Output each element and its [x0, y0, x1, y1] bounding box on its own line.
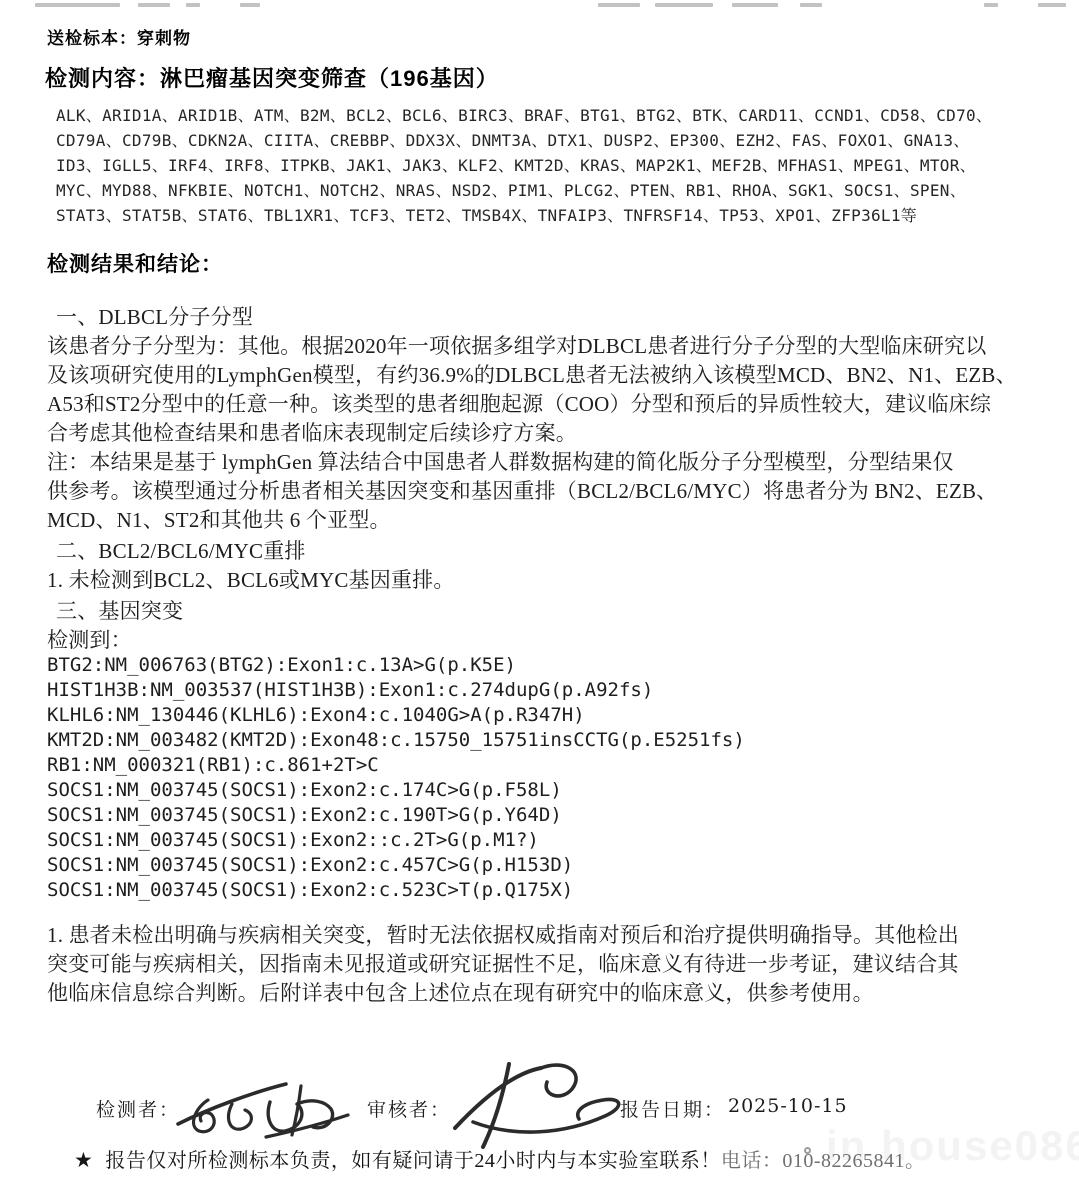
tester-signature — [172, 1074, 357, 1146]
mutation-line: SOCS1:NM_003745(SOCS1):Exon2:c.457C>G(p.… — [47, 853, 745, 878]
mutation-line: HIST1H3B:NM_003537(HIST1H3B):Exon1:c.274… — [47, 678, 745, 703]
footer-disclaimer: ★报告仅对所检测标本负责，如有疑问请于24小时内与本实验室联系！电话：010-8… — [74, 1144, 926, 1173]
section-mutation-heading: 三、基因突变 — [56, 597, 1051, 626]
tester-label: 检测者： — [96, 1095, 180, 1122]
section-dlbcl-note: 注：本结果是基于 lymphGen 算法结合中国患者人群数据构建的简化版分子分型… — [47, 448, 1042, 535]
footer-disclaimer-text: 报告仅对所检测标本负责，如有疑问请于24小时内与本实验室联系！ — [105, 1150, 721, 1172]
report-date-value: 2025-10-15 — [728, 1095, 848, 1117]
results-title: 检测结果和结论： — [47, 248, 223, 278]
mutation-line: RB1:NM_000321(RB1):c.861+2T>C — [47, 753, 745, 778]
report-page: 送检标本：穿刺物 检测内容：淋巴瘤基因突变筛查（196基因） ALK、ARID1… — [0, 0, 1079, 1188]
mutation-line: SOCS1:NM_003745(SOCS1):Exon2::c.2T>G(p.M… — [47, 828, 745, 853]
reviewer-signature — [443, 1058, 643, 1153]
detected-label: 检测到： — [47, 626, 1042, 655]
gene-panel-list: ALK、ARID1A、ARID1B、ATM、B2M、BCL2、BCL6、BIRC… — [56, 103, 1036, 228]
footer-phone: 电话：010-82265841。 — [721, 1150, 926, 1172]
mutation-list: BTG2:NM_006763(BTG2):Exon1:c.13A>G(p.K5E… — [47, 653, 745, 903]
mutation-line: KLHL6:NM_130446(KLHL6):Exon4:c.1040G>A(p… — [47, 703, 745, 728]
reviewer-label: 审核者： — [367, 1095, 451, 1122]
mutation-line: BTG2:NM_006763(BTG2):Exon1:c.13A>G(p.K5E… — [47, 653, 745, 678]
specimen-heading: 送检标本：穿刺物 — [47, 24, 191, 49]
mutation-line: SOCS1:NM_003745(SOCS1):Exon2:c.190T>G(p.… — [47, 803, 745, 828]
test-content-heading: 检测内容：淋巴瘤基因突变筛查（196基因） — [45, 62, 499, 93]
mutation-line: SOCS1:NM_003745(SOCS1):Exon2:c.523C>T(p.… — [47, 878, 745, 903]
report-date-label: 报告日期： — [620, 1095, 725, 1122]
mutation-line: SOCS1:NM_003745(SOCS1):Exon2:c.174C>G(p.… — [47, 778, 745, 803]
mutation-line: KMT2D:NM_003482(KMT2D):Exon48:c.15750_15… — [47, 728, 745, 753]
conclusion-paragraph: 1. 患者未检出明确与疾病相关突变，暂时无法依据权威指南对预后和治疗提供明确指导… — [47, 921, 1042, 1008]
star-icon: ★ — [74, 1148, 93, 1172]
section-rearrangement-heading: 二、BCL2/BCL6/MYC重排 — [56, 537, 1051, 566]
section-dlbcl-heading: 一、DLBCL分子分型 — [56, 303, 1051, 332]
section-dlbcl-body: 该患者分子分型为：其他。根据2020年一项依据多组学对DLBCL患者进行分子分型… — [47, 332, 1042, 448]
section-rearrangement-finding: 1. 未检测到BCL2、BCL6或MYC基因重排。 — [47, 566, 1042, 595]
